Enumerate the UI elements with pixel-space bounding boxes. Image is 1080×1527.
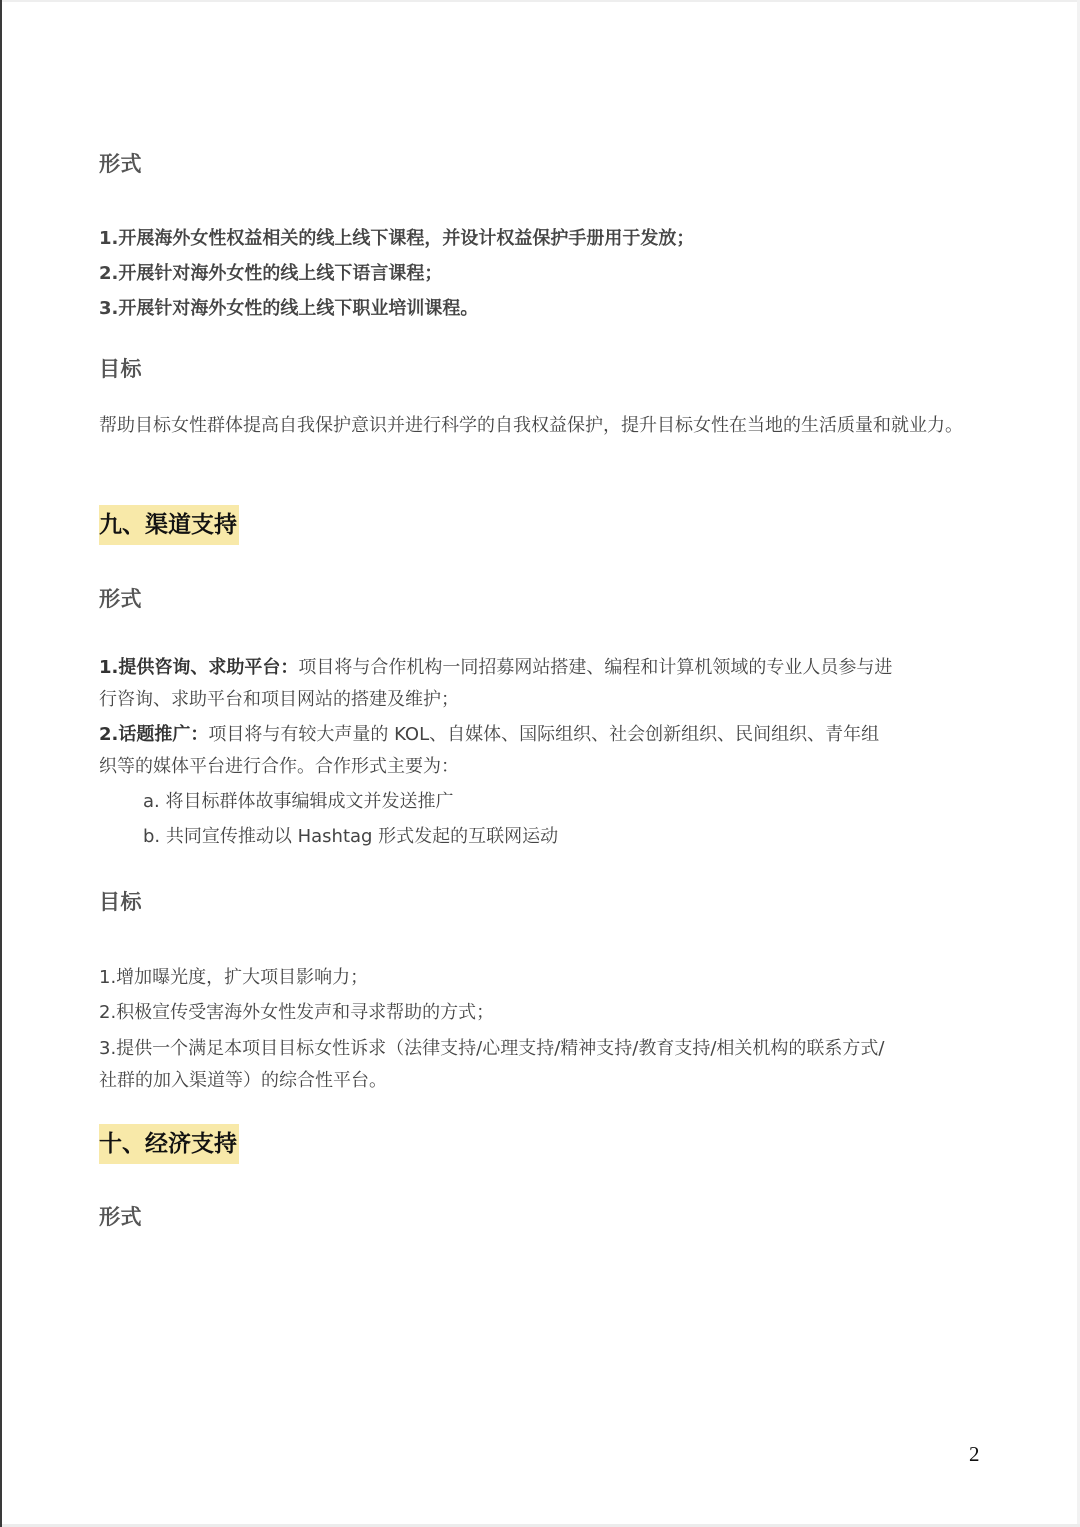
section-heading-10: 十、经济支持 bbox=[99, 1124, 239, 1164]
section-9-sub-item-b: b. 共同宣传推动以 Hashtag 形式发起的互联网运动 bbox=[143, 822, 558, 848]
section-10-form-label: 形式 bbox=[99, 1201, 142, 1231]
form-label: 形式 bbox=[99, 148, 142, 178]
form-item-2: 2.开展针对海外女性的线上线下语言课程； bbox=[99, 259, 442, 285]
form-item-1: 1.开展海外女性权益相关的线上线下课程，并设计权益保护手册用于发放； bbox=[99, 224, 694, 250]
document-page: 形式 1.开展海外女性权益相关的线上线下课程，并设计权益保护手册用于发放； 2.… bbox=[0, 0, 1080, 1527]
goal-label: 目标 bbox=[99, 353, 142, 383]
section-9-goal-2: 2.积极宣传受害海外女性发声和寻求帮助的方式； bbox=[99, 998, 494, 1024]
section-9-item-1-text: 项目将与合作机构一同招募网站搭建、编程和计算机领域的专业人员参与进 bbox=[298, 657, 892, 678]
section-9-item-1-line-2: 行咨询、求助平台和项目网站的搭建及维护； bbox=[99, 685, 459, 711]
section-9-item-2-line-1: 2.话题推广：项目将与有较大声量的 KOL、自媒体、国际组织、社会创新组织、民间… bbox=[99, 720, 879, 746]
section-heading-9: 九、渠道支持 bbox=[99, 505, 239, 545]
goal-text: 帮助目标女性群体提高自我保护意识并进行科学的自我权益保护，提升目标女性在当地的生… bbox=[99, 410, 979, 441]
section-9-item-2-lead: 2.话题推广： bbox=[99, 724, 208, 745]
section-9-item-2-line-2: 织等的媒体平台进行合作。合作形式主要为： bbox=[99, 752, 459, 778]
section-9-item-1-line-1: 1.提供咨询、求助平台：项目将与合作机构一同招募网站搭建、编程和计算机领域的专业… bbox=[99, 653, 892, 679]
section-9-goal-label: 目标 bbox=[99, 886, 142, 916]
page-number: 2 bbox=[969, 1442, 980, 1467]
page-edge-top bbox=[2, 0, 1080, 2]
section-9-goal-3-cont: 社群的加入渠道等）的综合性平台。 bbox=[99, 1066, 387, 1092]
section-9-item-1-lead: 1.提供咨询、求助平台： bbox=[99, 657, 298, 678]
section-9-sub-item-a: a. 将目标群体故事编辑成文并发送推广 bbox=[143, 787, 453, 813]
section-9-form-label: 形式 bbox=[99, 583, 142, 613]
page-edge-left bbox=[0, 0, 2, 1527]
section-9-item-2-text: 项目将与有较大声量的 KOL、自媒体、国际组织、社会创新组织、民间组织、青年组 bbox=[208, 724, 879, 745]
form-item-3: 3.开展针对海外女性的线上线下职业培训课程。 bbox=[99, 294, 478, 320]
section-9-goal-1: 1.增加曝光度，扩大项目影响力； bbox=[99, 963, 368, 989]
section-9-goal-3: 3.提供一个满足本项目目标女性诉求（法律支持/心理支持/精神支持/教育支持/相关… bbox=[99, 1034, 885, 1060]
